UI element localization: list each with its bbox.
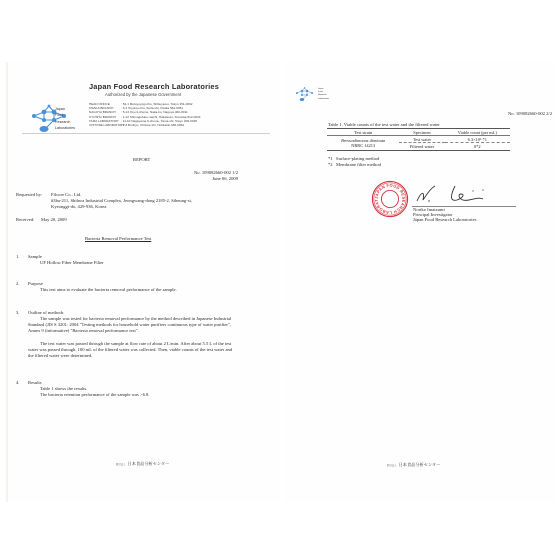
signature-icon xyxy=(413,182,513,206)
office-row: CHITOSE LABORATORY: 2-3 Bunkyo, Chitose-… xyxy=(89,123,200,127)
table-header-row: Test strain Specimen Viable count (per m… xyxy=(327,129,510,136)
organization-subtitle: Authorized by the Japanese Government xyxy=(105,92,181,97)
footer-prefix: 財団法人 xyxy=(116,463,126,466)
count-cell: 6.3×10⁶ *1 xyxy=(445,136,510,143)
footnote-mark: *1 xyxy=(328,156,333,161)
specimen-cell: Filtered water xyxy=(399,143,444,150)
office-label: CHITOSE LABORATORY xyxy=(89,123,121,127)
report-title: REPORT xyxy=(133,157,150,163)
viable-counts-table: Test strain Specimen Viable count (per m… xyxy=(327,128,510,151)
logo-word: Laboratories xyxy=(55,125,75,131)
official-seal-icon: JAPAN FOOD RESEARCH LABORATORIES xyxy=(371,180,409,218)
office-address-list: HEAD OFFICE: 52-1 Motoyoyogi-cho, Shibuy… xyxy=(89,102,200,127)
report-page-1: Japan Food Research Laboratories Japan F… xyxy=(6,62,280,502)
results-line: The bacteria retention performance of th… xyxy=(40,392,149,398)
footnote-mark: *2 xyxy=(328,162,333,167)
received-date: May 20, 2009 xyxy=(41,217,67,223)
organization-name: Japan Food Research Laboratories xyxy=(89,82,219,91)
report-page-2: Japan Food Research Laboratories No. 109… xyxy=(285,62,557,502)
specimen-cell: Test water xyxy=(399,136,444,143)
signer-organization: Japan Food Research Laboratories xyxy=(413,217,476,223)
footnote-text: Membrane filter method xyxy=(336,162,381,167)
footer-lab-name: 日本食品分析センター xyxy=(399,462,441,467)
column-header: Test strain xyxy=(327,129,399,136)
footnote: *2 Membrane filter method xyxy=(328,162,381,168)
footer-lab-mark: 財団法人日本食品分析センター xyxy=(116,461,169,467)
section-number: 3. xyxy=(16,310,19,316)
footer-lab-name: 日本食品分析センター xyxy=(128,461,170,466)
footer-lab-mark: 財団法人日本食品分析センター xyxy=(387,462,440,468)
test-title: Bacteria Removal Performance Test xyxy=(85,236,151,242)
header-divider xyxy=(22,133,270,134)
report-date: June 06, 2009 xyxy=(212,176,238,182)
section-number: 1. xyxy=(16,254,19,260)
test-strain-cell: Brevundimonas diminuta NBRC 14213 xyxy=(327,136,399,150)
table-row: Brevundimonas diminuta NBRC 14213 Test w… xyxy=(327,136,510,143)
section-number: 2. xyxy=(16,281,19,287)
received-label: Received: xyxy=(16,217,34,223)
section-number: 4. xyxy=(16,380,19,386)
requested-by-label: Requested by: xyxy=(16,192,42,198)
methods-paragraph-2: The test water was passed through the sa… xyxy=(28,341,233,359)
logo-word: Laboratories xyxy=(318,98,329,101)
count-cell: 0*2 xyxy=(445,143,510,150)
jfrl-logo-icon xyxy=(295,86,315,102)
section-body: UF Hollow Fiber Membrane Filter xyxy=(40,260,104,266)
office-address: : 2-3 Bunkyo, Chitose-shi, Hokkaido 066-… xyxy=(121,123,184,127)
strain-id: NBRC 14213 xyxy=(331,143,395,148)
requester-block: Filcore Co., Ltd. #3ba-211, Shihwa Indus… xyxy=(51,192,192,211)
requester-address: Kyeonggi-do, 429-936, Korea xyxy=(51,204,192,210)
column-header: Viable count (per mL) xyxy=(445,129,510,136)
column-header: Specimen xyxy=(399,129,444,136)
footer-prefix: 財団法人 xyxy=(387,464,397,467)
report-number: No. 109082660-002 2/2 xyxy=(508,111,552,117)
section-body: This test aims to evaluate the bacteria … xyxy=(40,287,177,293)
logo-wordmark: Japan Food Research Laboratories xyxy=(318,88,329,101)
footnote-text: Surface-plating method xyxy=(336,156,379,161)
methods-paragraph-1: The sample was tested for bacteria remov… xyxy=(28,316,238,334)
logo-wordmark: Japan Food Research Laboratories xyxy=(55,106,75,132)
